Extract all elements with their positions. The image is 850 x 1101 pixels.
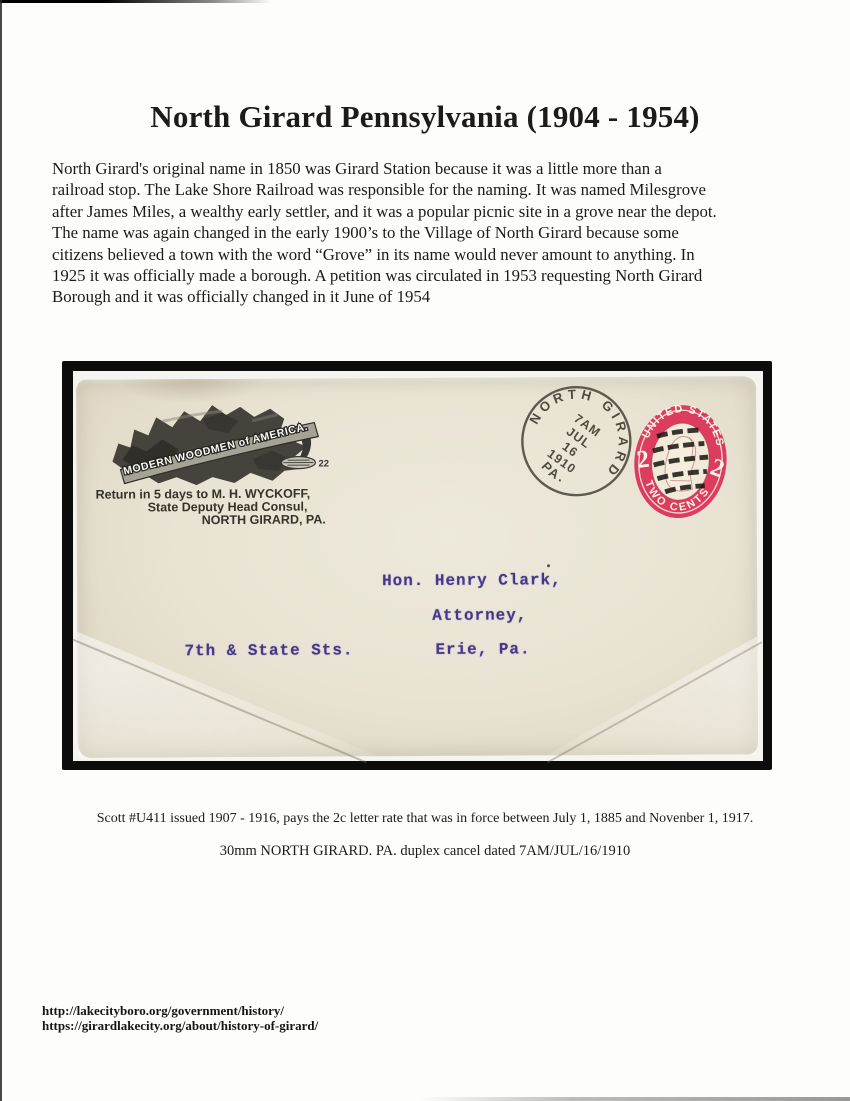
woodmen-of-america-illustration: MODERN WOODMEN of AMERICA. 22: [102, 398, 355, 499]
paragraph-line: North Girard's original name in 1850 was…: [52, 158, 717, 179]
scan-artifact-bottom-bar: [420, 1097, 850, 1101]
scan-artifact-top-bar: [0, 0, 272, 3]
address-line-city: Erie, Pa.: [435, 640, 530, 658]
two-cent-stamp: UNITED STATES TWO CENTS 2 2: [615, 390, 746, 533]
paragraph-line: 1925 it was officially made a borough. A…: [52, 265, 717, 286]
caption-cancel: 30mm NORTH GIRARD. PA. duplex cancel dat…: [0, 843, 850, 860]
scan-artifact-left-line: [0, 0, 2, 1101]
scanned-exhibit-page: North Girard Pennsylvania (1904 - 1954) …: [0, 0, 850, 1101]
source-urls: http://lakecityboro.org/government/histo…: [42, 1004, 318, 1033]
black-mat-mount: MODERN WOODMEN of AMERICA. 22 Return in …: [62, 361, 772, 770]
history-paragraph: North Girard's original name in 1850 was…: [52, 158, 717, 308]
ink-speck: [547, 564, 550, 567]
address-line-street: 7th & State Sts.: [184, 641, 353, 660]
source-url: https://girardlakecity.org/about/history…: [42, 1019, 318, 1034]
protective-sleeve: MODERN WOODMEN of AMERICA. 22 Return in …: [73, 371, 763, 761]
source-url: http://lakecityboro.org/government/histo…: [42, 1004, 318, 1019]
return-address-line: NORTH GIRARD, PA.: [202, 513, 326, 526]
paragraph-line: The name was again changed in the early …: [52, 222, 717, 243]
address-line-title: Attorney,: [432, 606, 527, 624]
address-line-name: Hon. Henry Clark,: [382, 571, 562, 590]
device-number: 22: [318, 458, 329, 469]
paragraph-line: citizens believed a town with the word “…: [52, 244, 717, 265]
postal-cover: MODERN WOODMEN of AMERICA. 22 Return in …: [76, 376, 758, 758]
paragraph-line: Borough and it was officially changed in…: [52, 286, 717, 307]
paragraph-line: after James Miles, a wealthy early settl…: [52, 201, 717, 222]
page-title: North Girard Pennsylvania (1904 - 1954): [0, 99, 850, 135]
paragraph-line: railroad stop. The Lake Shore Railroad w…: [52, 179, 717, 200]
corner-mount-bottom-right: [545, 636, 758, 755]
caption-rate: Scott #U411 issued 1907 - 1916, pays the…: [0, 811, 850, 827]
